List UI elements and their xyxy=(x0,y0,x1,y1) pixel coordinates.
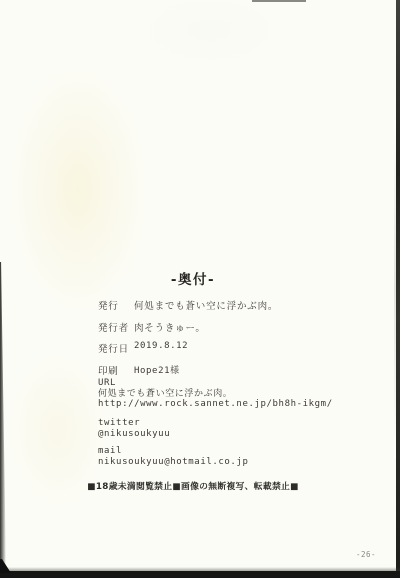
twitter-handle: @nikusoukyuu xyxy=(98,429,170,440)
publisher-row: 発行 何処までも蒼い空に浮かぶ肉。 xyxy=(98,298,278,312)
scanned-colophon-page: -奥付- 発行 何処までも蒼い空に浮かぶ肉。 発行者 肉そうきゅー。 発行日 2… xyxy=(0,0,400,578)
page-right-edge-highlight xyxy=(394,120,396,458)
author-label: 発行者 xyxy=(98,320,134,334)
author-value: 肉そうきゅー。 xyxy=(134,320,206,334)
twitter-section: twitter @nikusoukyuu xyxy=(98,418,170,439)
printer-value: Hope21様 xyxy=(134,363,180,377)
publish-date-row: 発行日 2019.8.12 xyxy=(98,341,188,355)
printer-label: 印刷 xyxy=(98,363,134,377)
publish-date-value: 2019.8.12 xyxy=(134,341,188,355)
page-right-edge-shadow xyxy=(396,0,400,578)
url-label: URL xyxy=(98,378,333,389)
url-site-name: 何処までも蒼い空に浮かぶ肉。 xyxy=(98,389,333,400)
mail-address: nikusoukyuu@hotmail.co.jp xyxy=(98,457,248,468)
twitter-label: twitter xyxy=(98,418,170,429)
page-number: -26- xyxy=(356,550,376,559)
publish-date-label: 発行日 xyxy=(98,341,134,355)
url-address: http://www.rock.sannet.ne.jp/bh8h-ikgm/ xyxy=(98,399,333,410)
age-restriction-notice: ■18歳未満閲覧禁止■画像の無断複写、転載禁止■ xyxy=(0,479,386,492)
page-left-edge-shadow xyxy=(0,262,6,571)
author-row: 発行者 肉そうきゅー。 xyxy=(98,320,206,334)
scan-bottom-black-bar xyxy=(0,571,400,578)
printer-row: 印刷 Hope21様 xyxy=(98,363,180,377)
publisher-label: 発行 xyxy=(98,298,134,312)
mail-label: mail xyxy=(98,446,248,457)
colophon-title: -奥付- xyxy=(0,268,386,288)
url-section: URL 何処までも蒼い空に浮かぶ肉。 http://www.rock.sanne… xyxy=(98,378,333,410)
scan-top-smudge xyxy=(252,0,306,2)
mail-section: mail nikusoukyuu@hotmail.co.jp xyxy=(98,446,248,467)
publisher-value: 何処までも蒼い空に浮かぶ肉。 xyxy=(134,298,278,312)
